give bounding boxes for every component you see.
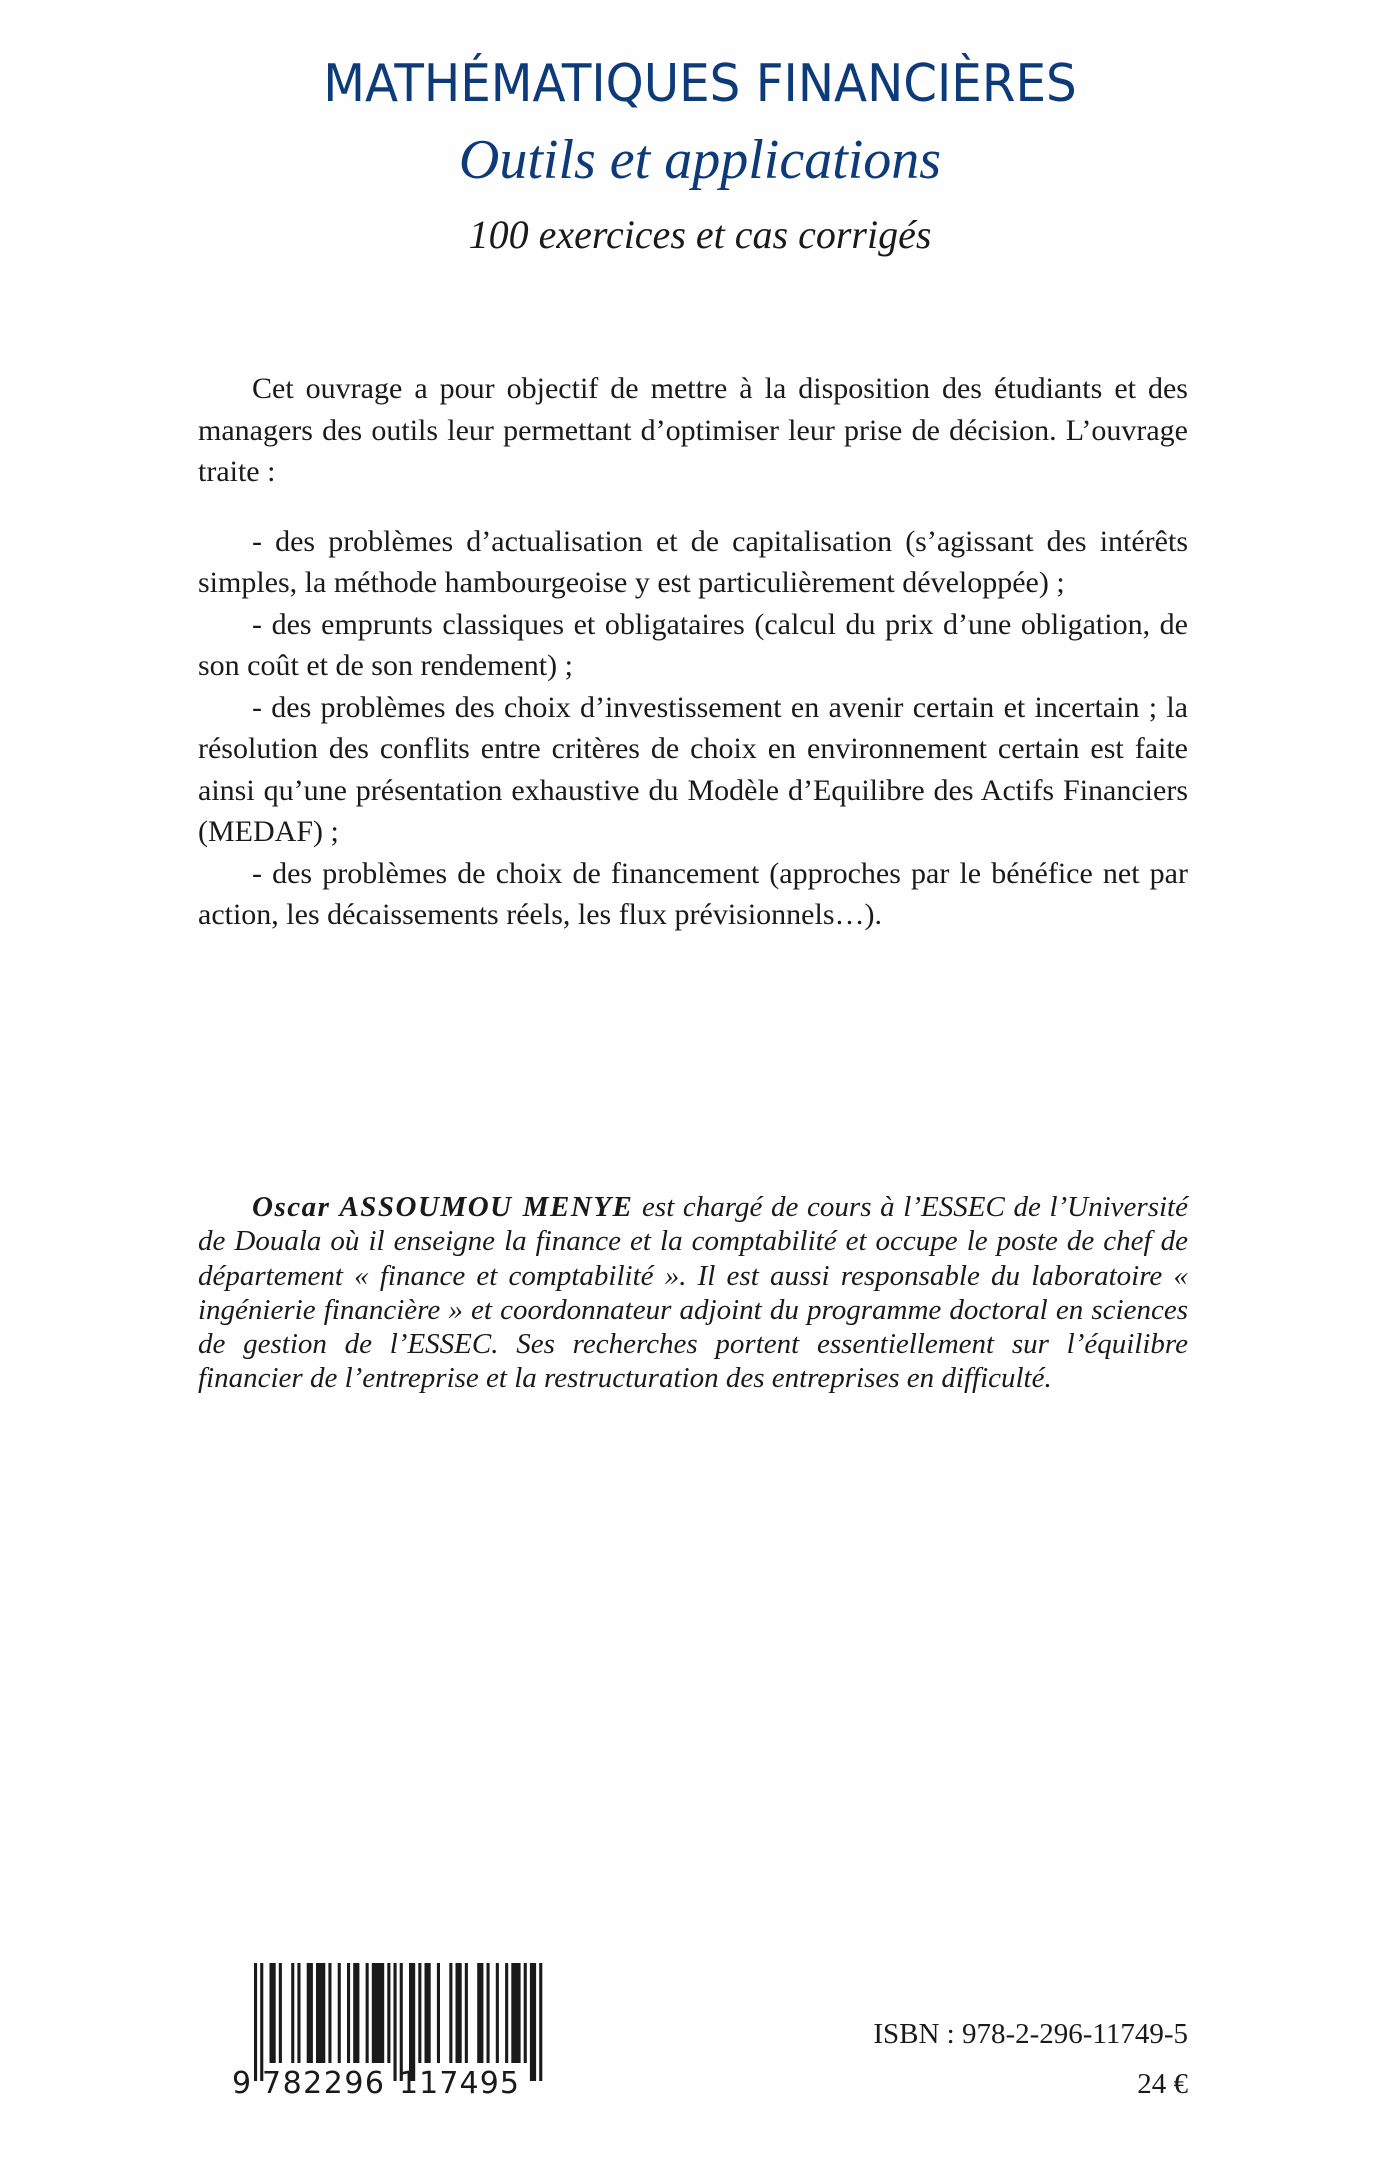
barcode: 9 782296 117495 xyxy=(232,1963,550,2098)
author-bio-paragraph: Oscar ASSOUMOU MENYE est chargé de cours… xyxy=(198,1190,1188,1396)
description-item: - des problèmes d’actualisation et de ca… xyxy=(198,521,1188,604)
description: Cet ouvrage a pour objectif de mettre à … xyxy=(198,368,1188,936)
barcode-icon: 9 782296 117495 xyxy=(232,1963,550,2098)
barcode-digits-left: 782296 xyxy=(262,2066,384,2098)
author-name: Oscar ASSOUMOU MENYE xyxy=(252,1191,633,1223)
isbn: ISBN : 978-2-296-11749-5 xyxy=(873,2016,1188,2052)
barcode-digits-right: 117495 xyxy=(399,2066,519,2098)
book-subtitle: Outils et applications xyxy=(0,128,1400,192)
book-title: MATHÉMATIQUES FINANCIÈRES xyxy=(49,52,1351,116)
author-bio: Oscar ASSOUMOU MENYE est chargé de cours… xyxy=(198,1190,1188,1396)
description-intro: Cet ouvrage a pour objectif de mettre à … xyxy=(198,368,1188,493)
book-tagline: 100 exercices et cas corrigés xyxy=(0,210,1400,260)
description-item: - des emprunts classiques et obligataire… xyxy=(198,604,1188,687)
price: 24 € xyxy=(1137,2066,1188,2102)
description-item: - des problèmes des choix d’investisseme… xyxy=(198,687,1188,853)
description-item: - des problèmes de choix de financement … xyxy=(198,853,1188,936)
barcode-digit-first: 9 xyxy=(232,2066,251,2098)
